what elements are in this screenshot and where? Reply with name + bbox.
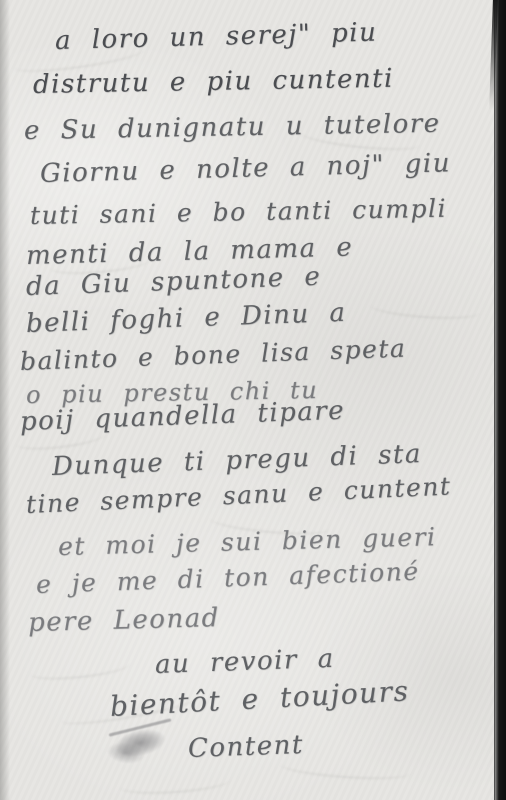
ghost-stroke <box>29 655 130 683</box>
closing-line: bientôt e toujours <box>109 674 410 723</box>
handwritten-line: Giornu e nolte a noj" giu <box>40 148 452 189</box>
handwritten-line: et moi je sui bien gueri <box>58 522 437 561</box>
scan-edge-right <box>494 0 506 800</box>
closing-line: Content <box>187 730 304 764</box>
letter-page: a loro un serej" piu distrutu e piu cunt… <box>0 0 506 800</box>
handwritten-line: distrutu e piu cuntenti <box>33 64 394 100</box>
ink-smudge <box>106 720 180 770</box>
ghost-stroke <box>370 296 481 322</box>
handwritten-line: e je me di ton afectioné <box>35 557 419 599</box>
closing-line: au revoir a <box>154 644 335 680</box>
handwritten-line: tuti sani e bo tanti cumpli <box>30 194 447 230</box>
handwritten-line: balinto e bone lisa speta <box>19 334 406 376</box>
signature-line: pere Leonad <box>28 603 221 638</box>
ghost-stroke <box>120 771 231 797</box>
handwritten-line: a loro un serej" piu <box>55 18 378 56</box>
handwritten-line: belli foghi e Dinu a <box>25 298 346 339</box>
scan-edge-left <box>0 0 10 800</box>
